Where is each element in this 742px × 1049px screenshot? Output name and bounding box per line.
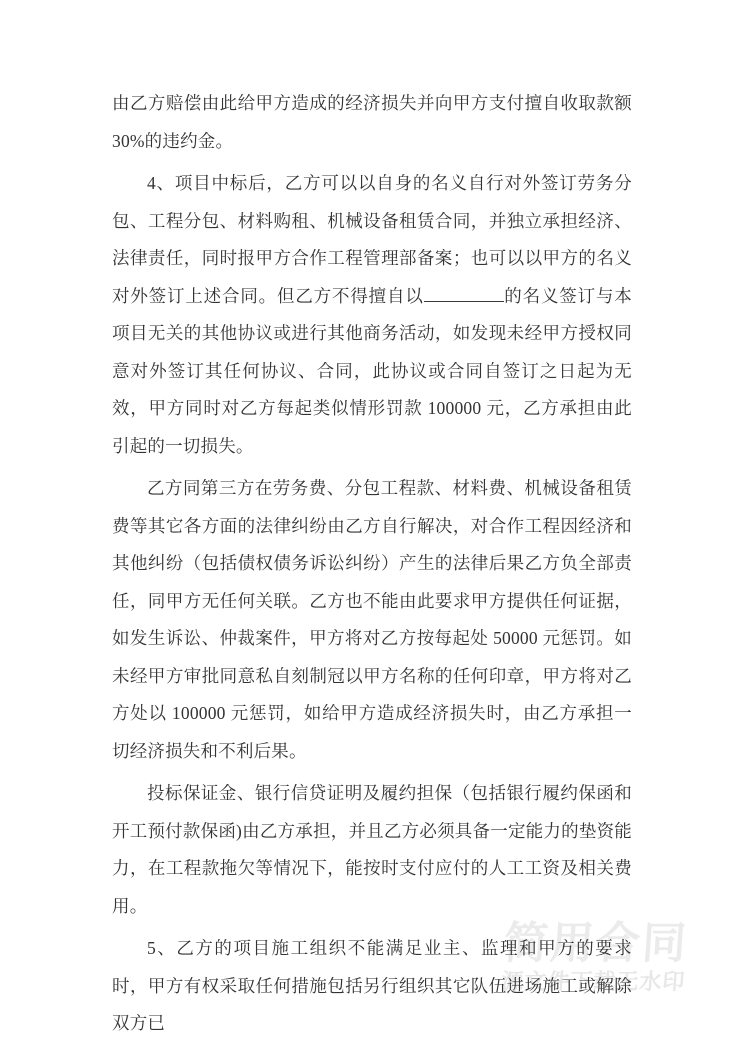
paragraph-text: 由乙方赔偿由此给甲方造成的经济损失并向甲方支付擅自收取款额30%的违约金。: [112, 93, 632, 151]
contract-page: 简用合同 源文件下载无水印 由乙方赔偿由此给甲方造成的经济损失并向甲方支付擅自收…: [0, 0, 742, 1049]
document-body: 由乙方赔偿由此给甲方造成的经济损失并向甲方支付擅自收取款额30%的违约金。 4、…: [0, 0, 742, 1043]
paragraph-disputes: 乙方同第三方在劳务费、分包工程款、材料费、机械设备租赁费等其它各方面的法律纠纷由…: [112, 470, 632, 770]
paragraph-text: 5、乙方的项目施工组织不能满足业主、监理和甲方的要求时，甲方有权采取任何措施包括…: [112, 938, 632, 1033]
paragraph-guarantees: 投标保证金、银行信贷证明及履约担保（包括银行履约保函和开工预付款保函)由乙方承担…: [112, 775, 632, 925]
paragraph-continuation: 由乙方赔偿由此给甲方造成的经济损失并向甲方支付擅自收取款额30%的违约金。: [112, 85, 632, 160]
paragraph-clause-4: 4、项目中标后，乙方可以以自身的名义自行对外签订劳务分包、工程分包、材料购租、机…: [112, 165, 632, 465]
paragraph-clause-5: 5、乙方的项目施工组织不能满足业主、监理和甲方的要求时，甲方有权采取任何措施包括…: [112, 930, 632, 1043]
paragraph-text: 乙方同第三方在劳务费、分包工程款、材料费、机械设备租赁费等其它各方面的法律纠纷由…: [112, 478, 632, 761]
blank-underline: [424, 299, 504, 302]
paragraph-text-after-blank: 的名义签订与本项目无关的其他协议或进行其他商务活动，如发现未经甲方授权同意对外签…: [112, 286, 632, 456]
paragraph-text: 投标保证金、银行信贷证明及履约担保（包括银行履约保函和开工预付款保函)由乙方承担…: [112, 783, 632, 916]
